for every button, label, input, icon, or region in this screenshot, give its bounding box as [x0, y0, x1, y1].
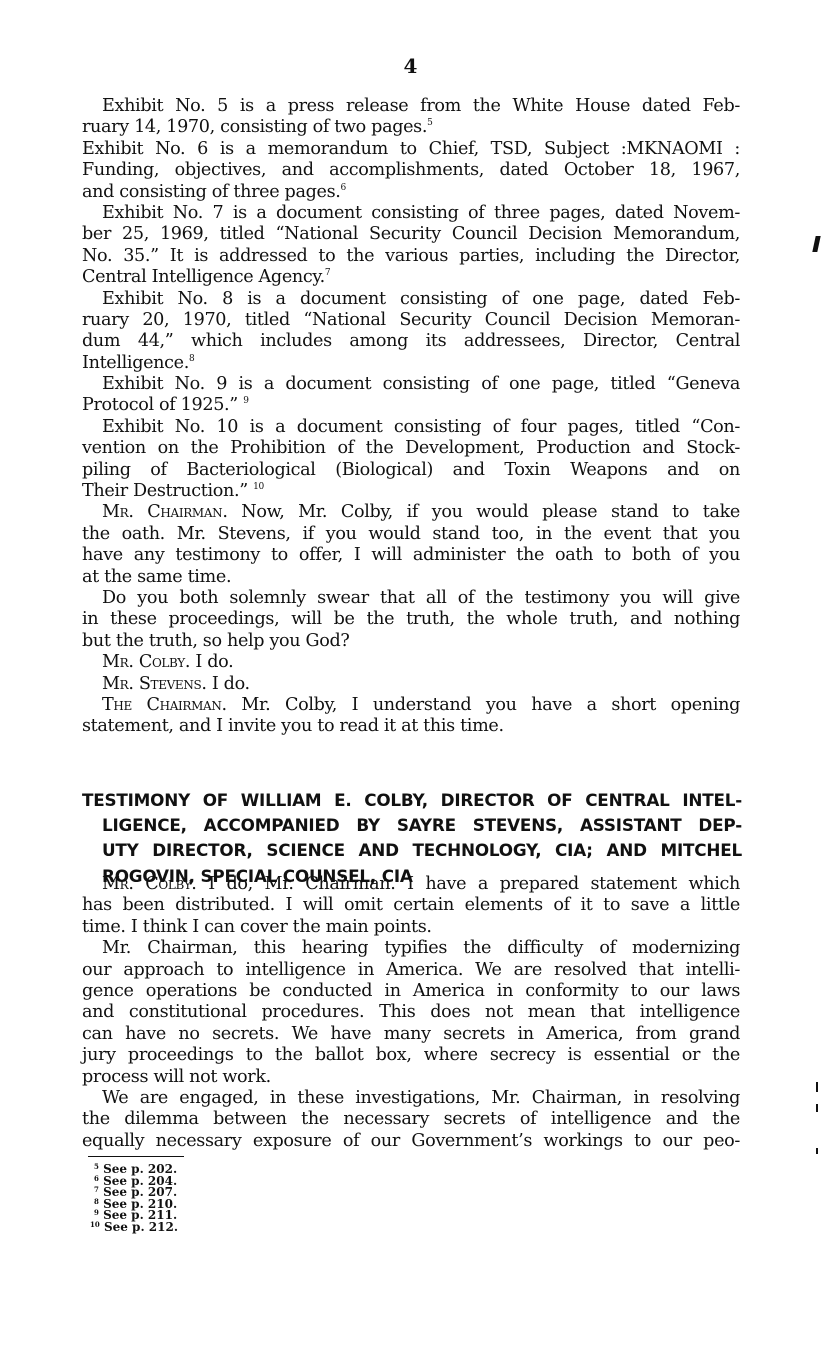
- para2-line-1: Mr. Chairman, this hearing typifies the …: [82, 938, 740, 959]
- oath-line-3: but the truth, so help you God?: [82, 631, 740, 652]
- footnote-ref-7: 7: [325, 268, 330, 278]
- exhibit-6-line-3: and consisting of three pages.6: [82, 182, 740, 203]
- chairman-statement-line-3: have any testimony to offer, I will admi…: [82, 545, 740, 566]
- exhibit-7-line-3: No. 35.” It is addressed to the various …: [82, 246, 740, 267]
- speaker-chairman: Mr. Chairman.: [102, 502, 228, 522]
- exhibit-9-line-2: Protocol of 1925.” 9: [82, 395, 740, 416]
- chairman-statement-line-1: Mr. Chairman. Now, Mr. Colby, if you wou…: [82, 502, 740, 523]
- para2-line-5: can have no secrets. We have many secret…: [82, 1024, 740, 1045]
- stevens-response: Mr. Stevens. I do.: [82, 674, 740, 695]
- exhibit-8-line-1: Exhibit No. 8 is a document consisting o…: [82, 289, 740, 310]
- scan-artifact-mark: [812, 236, 820, 252]
- exhibit-10-line-3: piling of Bacteriological (Biological) a…: [82, 460, 740, 481]
- para2-line-3: gence operations be conducted in America…: [82, 981, 740, 1002]
- para2-line-2: our approach to intelligence in America.…: [82, 960, 740, 981]
- speaker-stevens: Mr. Stevens.: [102, 674, 207, 694]
- chairman-statement-line-2: the oath. Mr. Stevens, if you would stan…: [82, 524, 740, 545]
- exhibit-8-line-4: Intelligence.8: [82, 353, 740, 374]
- footnotes: 5 See p. 202. 6 See p. 204. 7 See p. 207…: [94, 1164, 178, 1233]
- footnote-ref-9: 9: [243, 396, 248, 406]
- heading-line-2: LIGENCE, ACCOMPANIED BY SAYRE STEVENS, A…: [82, 813, 742, 838]
- para2-line-7: process will not work.: [82, 1067, 740, 1088]
- footnote-divider: [88, 1156, 184, 1157]
- page-number: 4: [0, 54, 821, 78]
- para2-line-4: and constitutional procedures. This does…: [82, 1002, 740, 1023]
- oath-line-2: in these proceedings, will be the truth,…: [82, 609, 740, 630]
- para3-line-1: We are engaged, in these investigations,…: [82, 1088, 740, 1109]
- footnote-ref-8: 8: [189, 354, 194, 364]
- exhibit-5-line-2: ruary 14, 1970, consisting of two pages.…: [82, 117, 740, 138]
- footnote-ref-6: 6: [341, 183, 346, 193]
- chairman-invite-line-2: statement, and I invite you to read it a…: [82, 716, 740, 737]
- testimony-section: Mr. Colby. I do, Mr. Chairman. I have a …: [82, 874, 740, 1152]
- exhibit-10-line-4: Their Destruction.” 10: [82, 481, 740, 502]
- chairman-statement-line-4: at the same time.: [82, 567, 740, 588]
- exhibit-8-line-3: dum 44,” which includes among its addres…: [82, 331, 740, 352]
- scan-artifact-mark: [816, 1148, 818, 1154]
- exhibit-10-line-1: Exhibit No. 10 is a document consisting …: [82, 417, 740, 438]
- exhibit-7-line-1: Exhibit No. 7 is a document consisting o…: [82, 203, 740, 224]
- footnote-ref-5: 5: [427, 118, 432, 128]
- oath-line-1: Do you both solemnly swear that all of t…: [82, 588, 740, 609]
- exhibit-5-line-1: Exhibit No. 5 is a press release from th…: [82, 96, 740, 117]
- para2-line-6: jury proceedings to the ballot box, wher…: [82, 1045, 740, 1066]
- speaker-colby: Mr. Colby.: [102, 652, 190, 672]
- chairman-invite-line-1: The Chairman. Mr. Colby, I understand yo…: [82, 695, 740, 716]
- colby-statement-line-1: Mr. Colby. I do, Mr. Chairman. I have a …: [82, 874, 740, 895]
- exhibit-6-line-2: Funding, objectives, and accomplishments…: [82, 160, 740, 181]
- para3-line-2: the dilemma between the necessary secret…: [82, 1109, 740, 1130]
- footnote-10: 10 See p. 212.: [90, 1222, 178, 1234]
- exhibit-8-line-2: ruary 20, 1970, titled “National Securit…: [82, 310, 740, 331]
- exhibit-7-line-4: Central Intelligence Agency.7: [82, 267, 740, 288]
- colby-statement-line-3: time. I think I can cover the main point…: [82, 917, 740, 938]
- colby-response: Mr. Colby. I do.: [82, 652, 740, 673]
- footnote-ref-10: 10: [253, 482, 264, 492]
- scan-artifact-mark: [816, 1082, 818, 1092]
- exhibit-6-line-1: Exhibit No. 6 is a memorandum to Chief, …: [82, 139, 740, 160]
- exhibits-section: Exhibit No. 5 is a press release from th…: [82, 96, 740, 738]
- speaker-the-chairman: The Chairman.: [102, 695, 227, 715]
- heading-line-1: TESTIMONY OF WILLIAM E. COLBY, DIRECTOR …: [82, 788, 742, 813]
- colby-statement-line-2: has been distributed. I will omit certai…: [82, 895, 740, 916]
- speaker-colby: Mr. Colby.: [102, 874, 197, 894]
- para3-line-3: equally necessary exposure of our Govern…: [82, 1131, 740, 1152]
- exhibit-9-line-1: Exhibit No. 9 is a document consisting o…: [82, 374, 740, 395]
- exhibit-7-line-2: ber 25, 1969, titled “National Security …: [82, 224, 740, 245]
- exhibit-10-line-2: vention on the Prohibition of the Develo…: [82, 438, 740, 459]
- heading-line-3: UTY DIRECTOR, SCIENCE AND TECHNOLOGY, CI…: [82, 838, 742, 863]
- scan-artifact-mark: [816, 1104, 818, 1112]
